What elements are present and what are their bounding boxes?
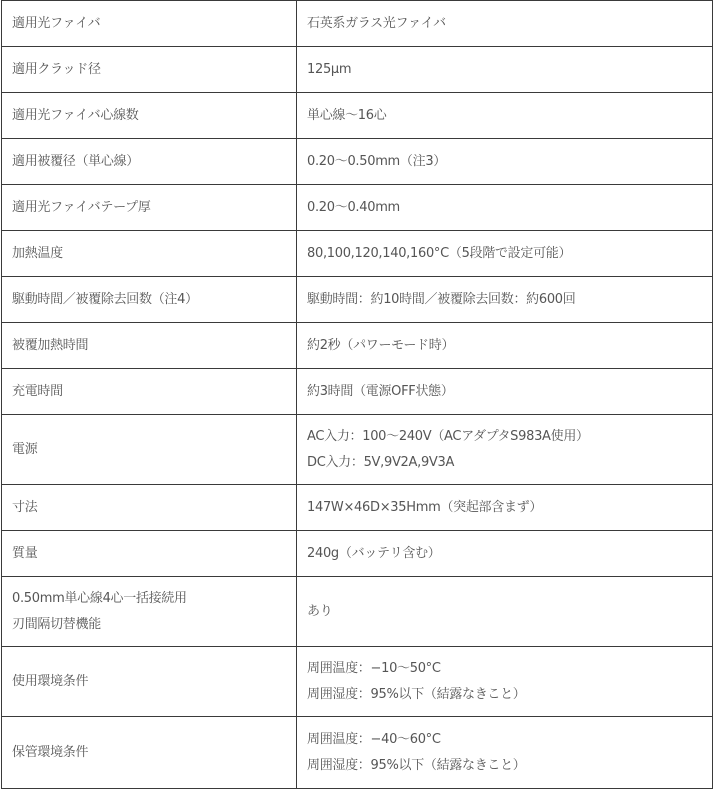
label-line: 0.50mm単心線4心一括接続用: [12, 586, 286, 612]
row-label: 被覆加熱時間: [2, 323, 297, 369]
row-value: 周囲温度：−40〜60°C 周囲湿度：95%以下（結露なきこと）: [297, 717, 713, 789]
label-line: 刃間隔切替機能: [12, 612, 286, 638]
table-row: 0.50mm単心線4心一括接続用 刃間隔切替機能 あり: [2, 577, 713, 647]
row-label: 適用光ファイバ心線数: [2, 93, 297, 139]
table-row: 適用被覆径（単心線） 0.20〜0.50mm（注3）: [2, 139, 713, 185]
row-label: 適用光ファイバテープ厚: [2, 185, 297, 231]
row-label: 0.50mm単心線4心一括接続用 刃間隔切替機能: [2, 577, 297, 647]
row-value: あり: [297, 577, 713, 647]
value-line: 周囲温度：−40〜60°C: [307, 727, 702, 753]
row-value: 0.20〜0.50mm（注3）: [297, 139, 713, 185]
row-value: 0.20〜0.40mm: [297, 185, 713, 231]
row-value: 240g（バッテリ含む）: [297, 531, 713, 577]
row-label: 寸法: [2, 485, 297, 531]
table-row: 使用環境条件 周囲温度：−10〜50°C 周囲湿度：95%以下（結露なきこと）: [2, 647, 713, 717]
value-line: DC入力：5V,9V2A,9V3A: [307, 450, 702, 476]
table-row: 適用光ファイバテープ厚 0.20〜0.40mm: [2, 185, 713, 231]
row-label: 適用光ファイバ: [2, 1, 297, 47]
row-value: 80,100,120,140,160°C（5段階で設定可能）: [297, 231, 713, 277]
spec-table: 適用光ファイバ 石英系ガラス光ファイバ 適用クラッド径 125μm 適用光ファイ…: [1, 0, 713, 789]
row-value: 125μm: [297, 47, 713, 93]
row-label: 加熱温度: [2, 231, 297, 277]
value-line: AC入力：100〜240V（ACアダプタS983A使用）: [307, 424, 702, 450]
table-row: 適用クラッド径 125μm: [2, 47, 713, 93]
table-row: 電源 AC入力：100〜240V（ACアダプタS983A使用） DC入力：5V,…: [2, 415, 713, 485]
row-value: AC入力：100〜240V（ACアダプタS983A使用） DC入力：5V,9V2…: [297, 415, 713, 485]
row-value: 石英系ガラス光ファイバ: [297, 1, 713, 47]
table-row: 適用光ファイバ心線数 単心線〜16心: [2, 93, 713, 139]
row-label: 電源: [2, 415, 297, 485]
row-value: 単心線〜16心: [297, 93, 713, 139]
row-label: 充電時間: [2, 369, 297, 415]
value-line: 周囲湿度：95%以下（結露なきこと）: [307, 753, 702, 779]
value-line: 周囲温度：−10〜50°C: [307, 656, 702, 682]
row-value: 周囲温度：−10〜50°C 周囲湿度：95%以下（結露なきこと）: [297, 647, 713, 717]
value-line: 周囲湿度：95%以下（結露なきこと）: [307, 682, 702, 708]
table-row: 充電時間 約3時間（電源OFF状態）: [2, 369, 713, 415]
row-label: 適用クラッド径: [2, 47, 297, 93]
row-value: 約2秒（パワーモード時）: [297, 323, 713, 369]
table-row: 適用光ファイバ 石英系ガラス光ファイバ: [2, 1, 713, 47]
table-row: 寸法 147W×46D×35Hmm（突起部含まず）: [2, 485, 713, 531]
table-row: 加熱温度 80,100,120,140,160°C（5段階で設定可能）: [2, 231, 713, 277]
row-value: 駆動時間：約10時間／被覆除去回数：約600回: [297, 277, 713, 323]
row-label: 保管環境条件: [2, 717, 297, 789]
table-row: 質量 240g（バッテリ含む）: [2, 531, 713, 577]
row-label: 質量: [2, 531, 297, 577]
table-row: 保管環境条件 周囲温度：−40〜60°C 周囲湿度：95%以下（結露なきこと）: [2, 717, 713, 789]
row-label: 駆動時間／被覆除去回数（注4）: [2, 277, 297, 323]
row-value: 約3時間（電源OFF状態）: [297, 369, 713, 415]
table-row: 被覆加熱時間 約2秒（パワーモード時）: [2, 323, 713, 369]
row-label: 使用環境条件: [2, 647, 297, 717]
row-value: 147W×46D×35Hmm（突起部含まず）: [297, 485, 713, 531]
table-row: 駆動時間／被覆除去回数（注4） 駆動時間：約10時間／被覆除去回数：約600回: [2, 277, 713, 323]
row-label: 適用被覆径（単心線）: [2, 139, 297, 185]
